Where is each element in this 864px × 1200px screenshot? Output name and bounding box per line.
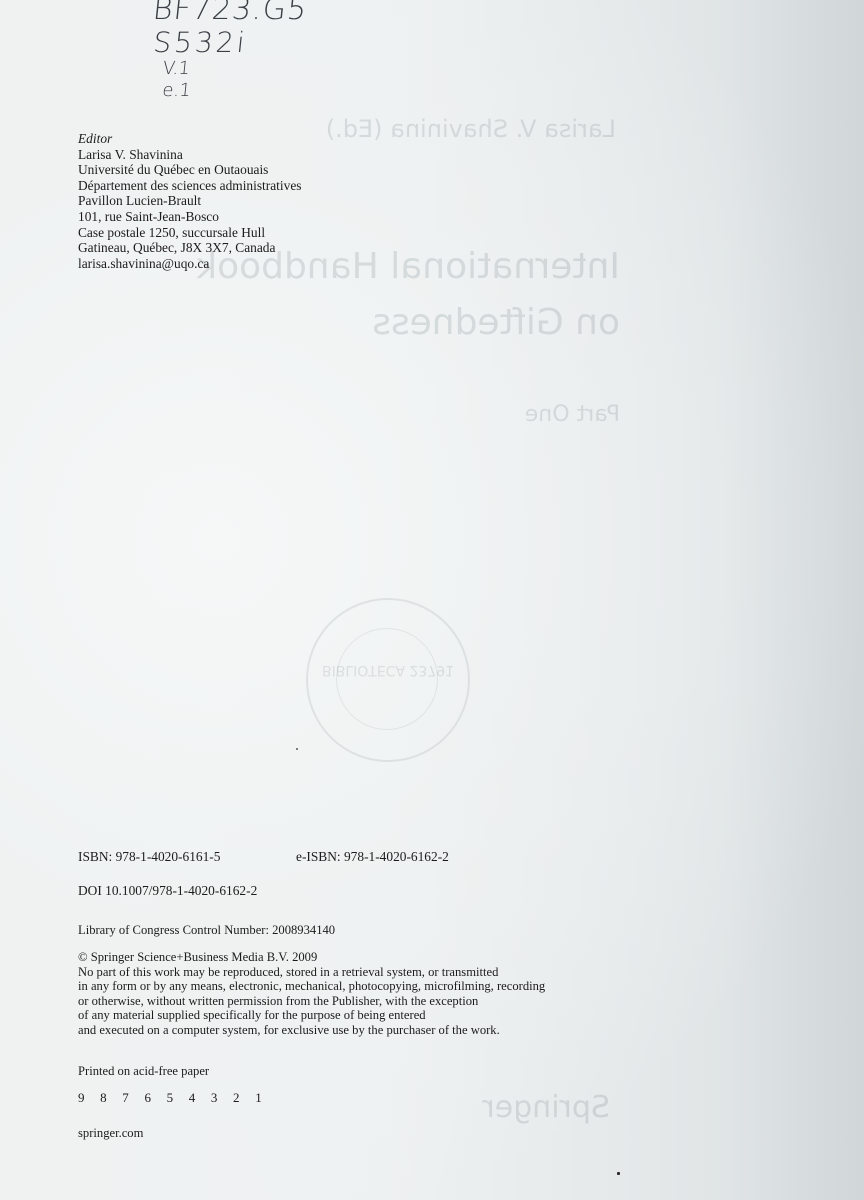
doi-text: DOI 10.1007/978-1-4020-6162-2 bbox=[78, 883, 257, 899]
bleed-through-publisher-logo: Springer bbox=[420, 1090, 610, 1125]
bleed-through-title-line-2: on Giftedness bbox=[320, 302, 620, 343]
lccn-text: Library of Congress Control Number: 2008… bbox=[78, 923, 335, 939]
call-number-copy: e.1 bbox=[161, 80, 191, 101]
editor-postal-box: Case postale 1250, succursale Hull bbox=[78, 225, 301, 241]
copyright-notice-line: No part of this work may be reproduced, … bbox=[78, 965, 545, 980]
bleed-through-part: Part One bbox=[480, 402, 620, 427]
library-stamp-icon: BIBLIOTECA 23791 bbox=[306, 598, 470, 762]
copyright-notice-line: or otherwise, without written permission… bbox=[78, 994, 545, 1009]
bleed-through-author: Larisa V. Shavinina (Ed.) bbox=[316, 115, 616, 143]
publisher-website: springer.com bbox=[78, 1126, 143, 1142]
editor-university: Université du Québec en Outaouais bbox=[78, 162, 301, 178]
copyright-block: © Springer Science+Business Media B.V. 2… bbox=[78, 950, 545, 1038]
editor-building: Pavillon Lucien-Brault bbox=[78, 193, 301, 209]
editor-street: 101, rue Saint-Jean-Bosco bbox=[78, 209, 301, 225]
isbn-row: ISBN: 978-1-4020-6161-5 e-ISBN: 978-1-40… bbox=[78, 849, 638, 865]
editor-name: Larisa V. Shavinina bbox=[78, 147, 301, 163]
stamp-text: BIBLIOTECA 23791 bbox=[308, 662, 468, 678]
doi: DOI 10.1007/978-1-4020-6162-2 bbox=[78, 883, 257, 899]
copyright-notice-line: of any material supplied specifically fo… bbox=[78, 1008, 545, 1023]
editor-role-label: Editor bbox=[78, 131, 301, 147]
copyright-notice-line: and executed on a computer system, for e… bbox=[78, 1023, 545, 1038]
e-isbn: e-ISBN: 978-1-4020-6162-2 bbox=[296, 849, 449, 865]
paper-note: Printed on acid-free paper bbox=[78, 1064, 209, 1080]
bleed-through-title-line-1: International Handbook bbox=[320, 246, 620, 287]
editor-email: larisa.shavinina@uqo.ca bbox=[78, 256, 301, 272]
editor-city: Gatineau, Québec, J8X 3X7, Canada bbox=[78, 240, 301, 256]
publisher-website-text: springer.com bbox=[78, 1126, 143, 1142]
book-page: BF723.G5 S532i V.1 e.1 Larisa V. Shavini… bbox=[0, 0, 864, 1200]
copyright-holder: © Springer Science+Business Media B.V. 2… bbox=[78, 950, 545, 965]
printer-key: 9 8 7 6 5 4 3 2 1 bbox=[78, 1090, 268, 1106]
editor-department: Département des sciences administratives bbox=[78, 178, 301, 194]
copyright-notice-line: in any form or by any means, electronic,… bbox=[78, 979, 545, 994]
printer-key-text: 9 8 7 6 5 4 3 2 1 bbox=[78, 1090, 268, 1106]
call-number-line-2: S532i bbox=[152, 26, 249, 59]
paper-speck bbox=[617, 1172, 620, 1175]
editor-address-block: Editor Larisa V. Shavinina Université du… bbox=[78, 131, 301, 271]
paper-speck bbox=[296, 748, 298, 750]
paper-note-text: Printed on acid-free paper bbox=[78, 1064, 209, 1080]
lccn: Library of Congress Control Number: 2008… bbox=[78, 923, 335, 939]
call-number-line-1: BF723.G5 bbox=[151, 0, 309, 27]
call-number-volume: V.1 bbox=[162, 58, 191, 79]
